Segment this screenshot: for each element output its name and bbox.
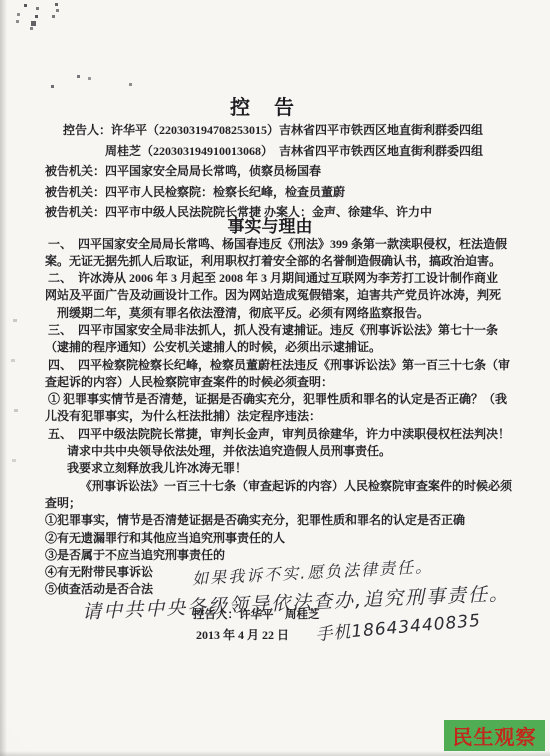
- body-line: 儿没有犯罪事实，为什么枉法批捕）法定程序违法：: [45, 408, 550, 425]
- document-body: 控 告 控告人：许华平（220303194708253015）吉林省四平市铁西区…: [0, 0, 550, 599]
- minsheng-observer-watermark: 民生观察: [444, 720, 545, 751]
- document-title: 控 告: [33, 96, 493, 120]
- complainant-line-1: 控告人：许华平（220303194708253015）吉林省四平市铁西区地直街利…: [45, 120, 550, 141]
- body-line: 案。无证无据先抓人后取证，利用职权打着安全部的名誉制造假确认书，搞政治迫害。: [45, 253, 550, 270]
- body-line: 二、 许冰涛从 2006 年 3 月起至 2008 年 3 月期间通过互联网为李…: [45, 270, 550, 287]
- body-line: 我要求立刻释放我儿许冰涛无罪！: [45, 460, 550, 477]
- body-line: 五、 四平中级法院院长常捷，审判长金声，审判员徐建华，许力中渎职侵权枉法判决！: [45, 426, 550, 443]
- defendant-line-2: 被告机关：四平市人民检察院：检察长纪峰，检查员董蔚: [45, 182, 550, 203]
- complainant-line-2: 周桂芝（220303194910013068） 吉林省四平市铁西区地直街利群委四…: [45, 141, 550, 162]
- body-line: 查起诉的内容）人民检察院审查案件的时候必须查明：: [45, 374, 550, 391]
- body-line: 一、 四平国家安全局局长常鸣、杨国春违反《刑法》399 条第一款渎职侵权，枉法造…: [45, 236, 550, 253]
- scanned-complaint-document: 控 告 控告人：许华平（220303194708253015）吉林省四平市铁西区…: [0, 0, 550, 756]
- body-line: 三、 四平市国家安全局非法抓人，抓人没有逮捕证。违反《刑事诉讼法》第七十一条: [45, 322, 550, 339]
- scan-edge-shadow-bottom: [0, 751, 550, 756]
- body-line: 刑缓期二年，莫须有罪名依法澄清，彻底平反。必须有网络监察报告。: [45, 305, 550, 322]
- body-line: ① 犯罪事实情节是否清楚，证据是否确实充分，犯罪性质和罪名的认定是否正确？（我: [45, 391, 550, 408]
- body-line: 请求中共中央领导依法处理，并依法追究造假人员刑事责任。: [45, 443, 550, 460]
- body-line: ②有无遗漏罪行和其他应当追究刑事责任的人: [45, 530, 550, 547]
- body-line: 查明；: [45, 495, 550, 512]
- body-line: 网站及平面广告及动画设计工作。因为网站造成冤假错案，迫害共产党员许冰涛，判死: [45, 287, 550, 304]
- body-line: （逮捕的程序通知）公安机关逮捕人的时候，必须出示逮捕证。: [45, 339, 550, 356]
- defendant-line-1: 被告机关：四平国家安全局局长常鸣，侦察员杨国春: [45, 161, 550, 182]
- signature-signers: 控告人：许华平 周桂芝: [193, 606, 320, 622]
- body-line: 《刑事诉讼法》一百三十七条（审查起诉的内容）人民检察院审查案件的时候必须: [45, 478, 550, 495]
- section-heading-facts-and-reasons: 事实与理由: [40, 216, 500, 238]
- signature-date: 2013 年 4 月 22 日: [196, 626, 289, 643]
- body-line: 四、 四平检察院检察长纪峰，检察员董蔚枉法违反《刑事诉讼法》第一百三十七条（审: [45, 357, 550, 374]
- body-line: ①犯罪事实，情节是否清楚证据是否确实充分，犯罪性质和罪名的认定是否正确: [45, 512, 550, 529]
